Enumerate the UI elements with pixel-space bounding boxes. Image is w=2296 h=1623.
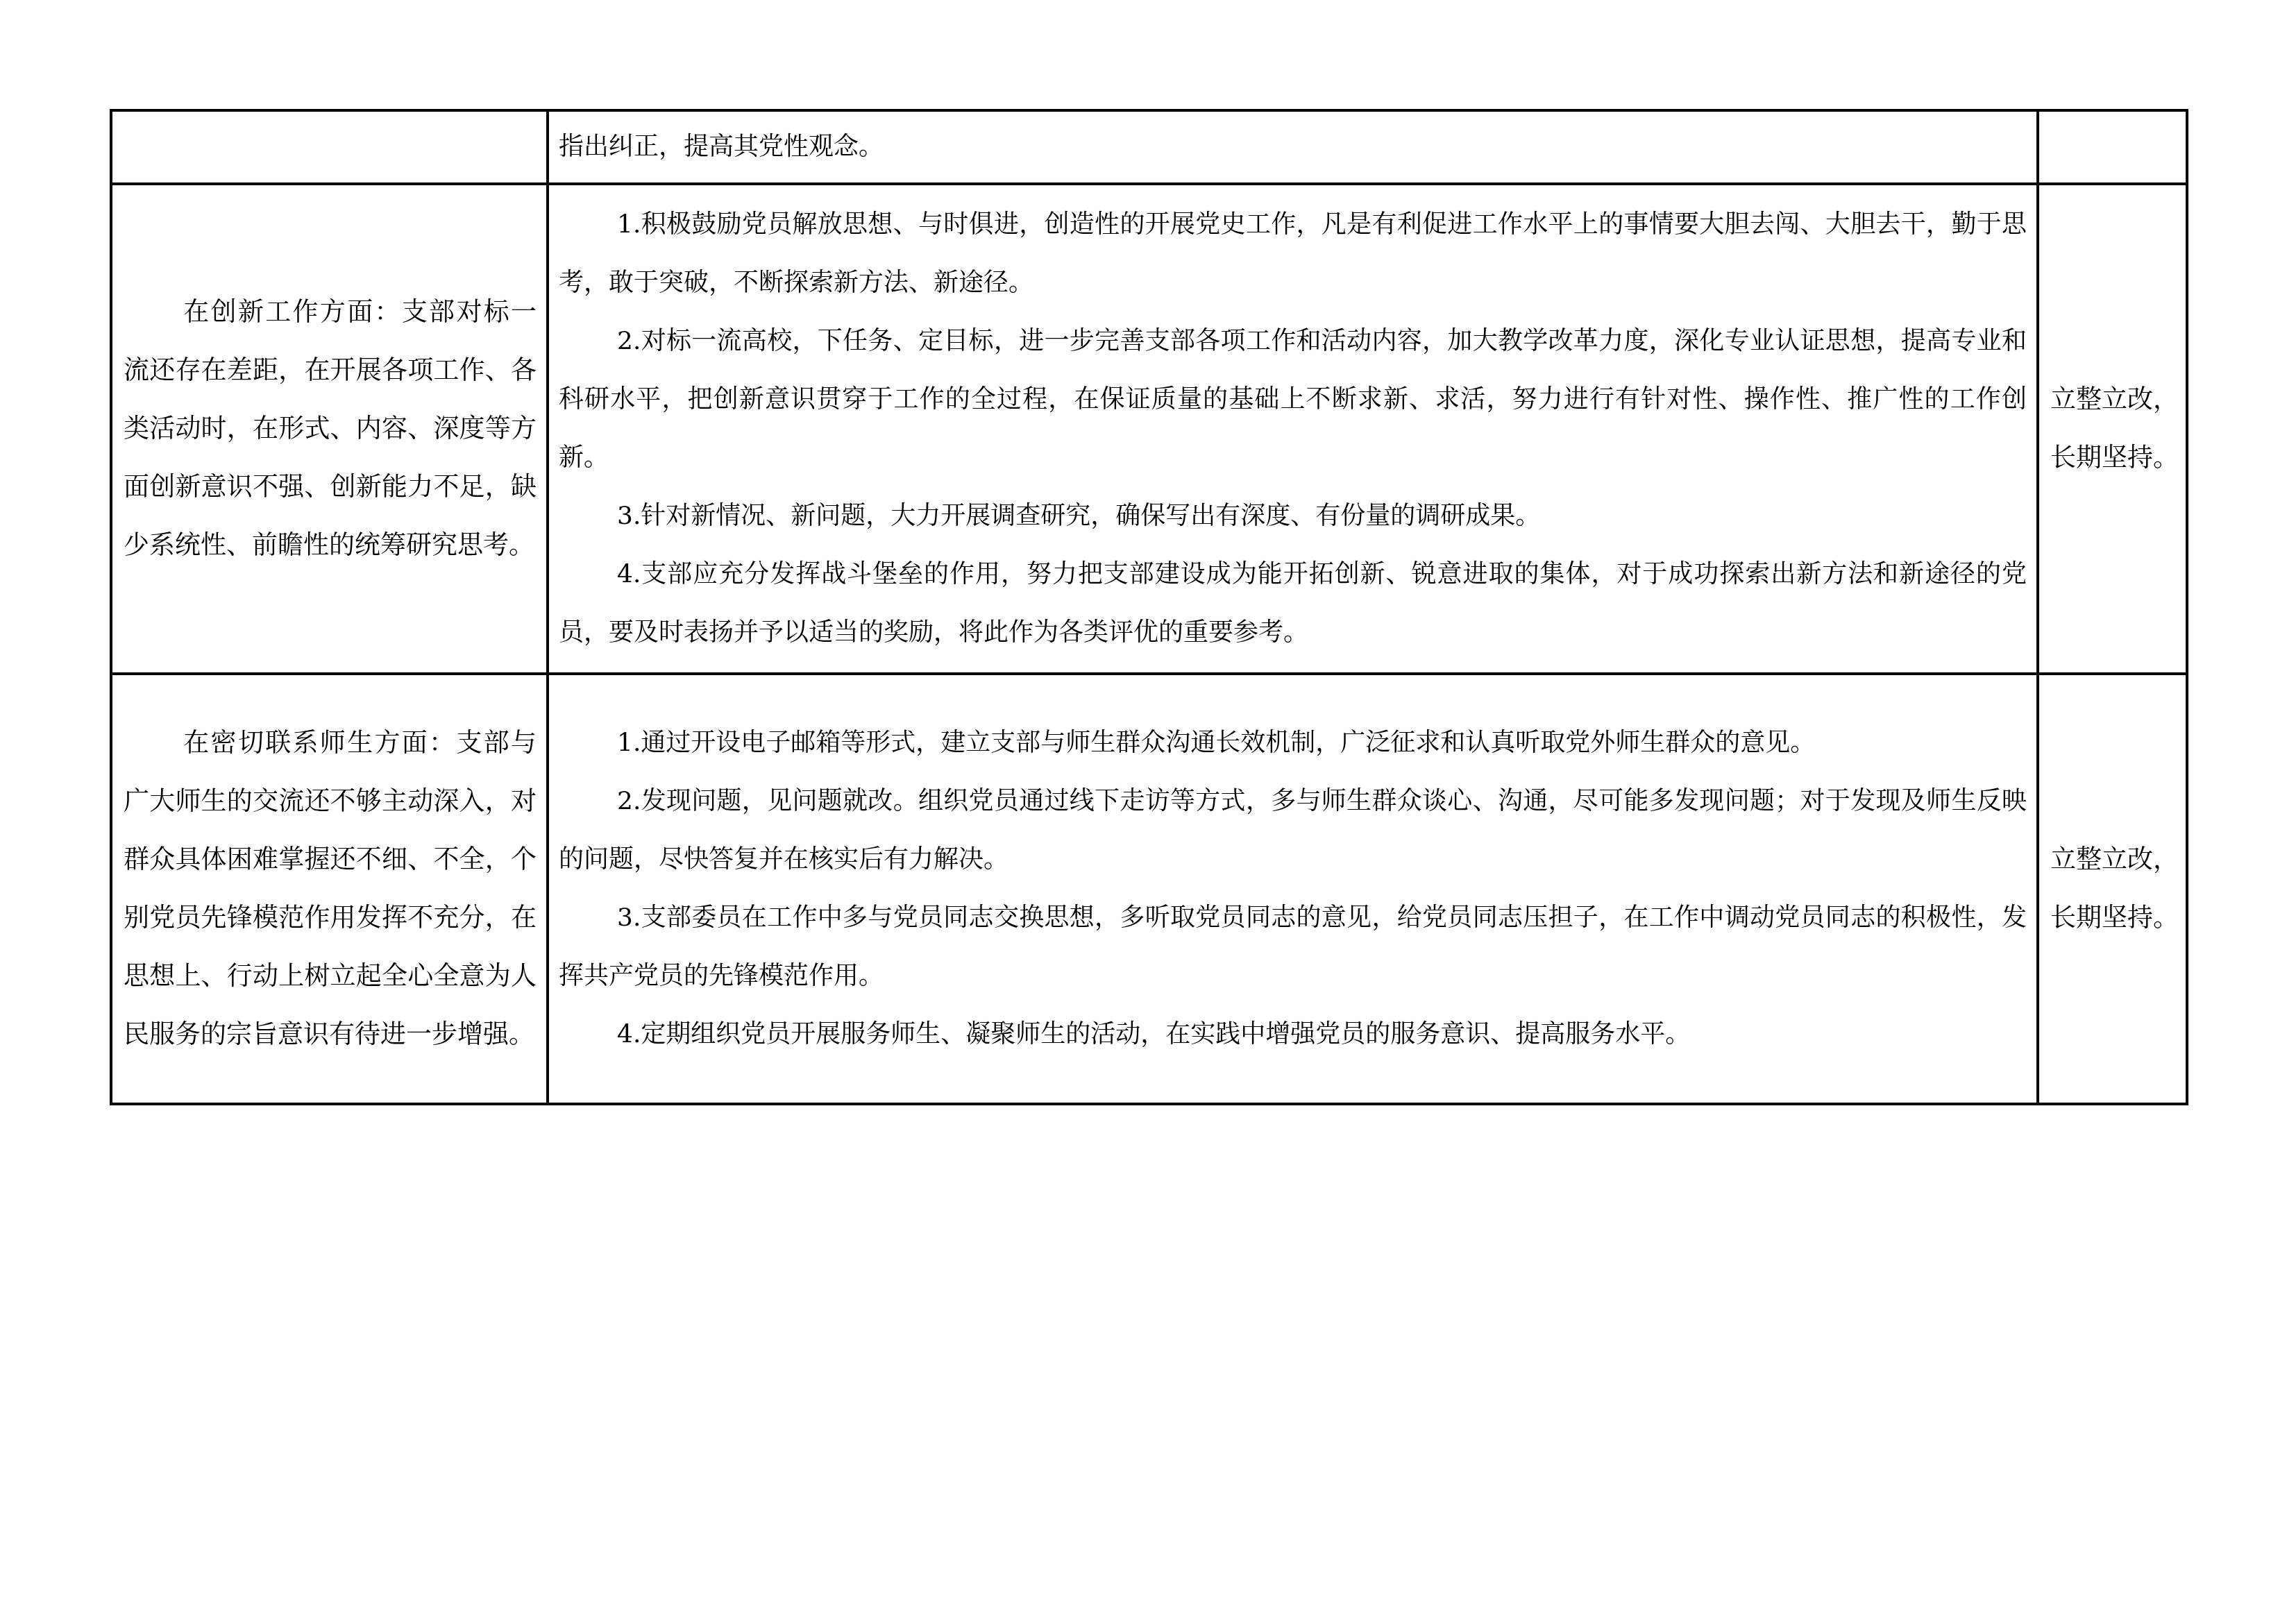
- measure-text: 指出纠正，提高其党性观念。: [559, 118, 2027, 176]
- measure-item: 4.支部应充分发挥战斗堡垒的作用，努力把支部建设成为能开拓创新、锐意进取的集体，…: [559, 545, 2027, 662]
- measure-item: 1.积极鼓励党员解放思想、与时俱进，创造性的开展党史工作，凡是有利促进工作水平上…: [559, 196, 2027, 312]
- status-cell: 立整立改， 长期坚持。: [2038, 184, 2187, 674]
- status-line: 长期坚持。: [2050, 429, 2179, 487]
- issue-cell: 在创新工作方面：支部对标一流还存在差距，在开展各项工作、各类活动时，在形式、内容…: [111, 184, 548, 674]
- measure-item: 2.发现问题，见问题就改。组织党员通过线下走访等方式，多与师生群众谈心、沟通，尽…: [559, 772, 2027, 889]
- measure-item: 2.对标一流高校，下任务、定目标，进一步完善支部各项工作和活动内容，加大教学改革…: [559, 312, 2027, 487]
- measure-item: 3.针对新情况、新问题，大力开展调查研究，确保写出有深度、有份量的调研成果。: [559, 487, 2027, 545]
- measure-item: 4.定期组织党员开展服务师生、凝聚师生的活动，在实践中增强党员的服务意识、提高服…: [559, 1005, 2027, 1064]
- measures-cell: 1.通过开设电子邮箱等形式，建立支部与师生群众沟通长效机制，广泛征求和认真听取党…: [548, 674, 2038, 1104]
- status-line: 长期坚持。: [2050, 889, 2179, 947]
- rectification-table: 指出纠正，提高其党性观念。 在创新工作方面：支部对标一流还存在差距，在开展各项工…: [110, 109, 2188, 1105]
- status-line: 立整立改，: [2050, 371, 2179, 429]
- issue-text: 在密切联系师生方面：支部与广大师生的交流还不够主动深入，对群众具体困难掌握还不细…: [124, 728, 537, 1049]
- measures-cell: 1.积极鼓励党员解放思想、与时俱进，创造性的开展党史工作，凡是有利促进工作水平上…: [548, 184, 2038, 674]
- issue-cell: [111, 110, 548, 184]
- measure-item: 1.通过开设电子邮箱等形式，建立支部与师生群众沟通长效机制，广泛征求和认真听取党…: [559, 714, 2027, 772]
- issue-cell: 在密切联系师生方面：支部与广大师生的交流还不够主动深入，对群众具体困难掌握还不细…: [111, 674, 548, 1104]
- issue-text: 在创新工作方面：支部对标一流还存在差距，在开展各项工作、各类活动时，在形式、内容…: [124, 297, 537, 560]
- status-cell: [2038, 110, 2187, 184]
- measure-item: 3.支部委员在工作中多与党员同志交换思想，多听取党员同志的意见，给党员同志压担子…: [559, 889, 2027, 1005]
- table-row: 在创新工作方面：支部对标一流还存在差距，在开展各项工作、各类活动时，在形式、内容…: [111, 184, 2187, 674]
- measures-cell: 指出纠正，提高其党性观念。: [548, 110, 2038, 184]
- table-row: 在密切联系师生方面：支部与广大师生的交流还不够主动深入，对群众具体困难掌握还不细…: [111, 674, 2187, 1104]
- status-line: 立整立改，: [2050, 831, 2179, 889]
- table-row: 指出纠正，提高其党性观念。: [111, 110, 2187, 184]
- status-cell: 立整立改， 长期坚持。: [2038, 674, 2187, 1104]
